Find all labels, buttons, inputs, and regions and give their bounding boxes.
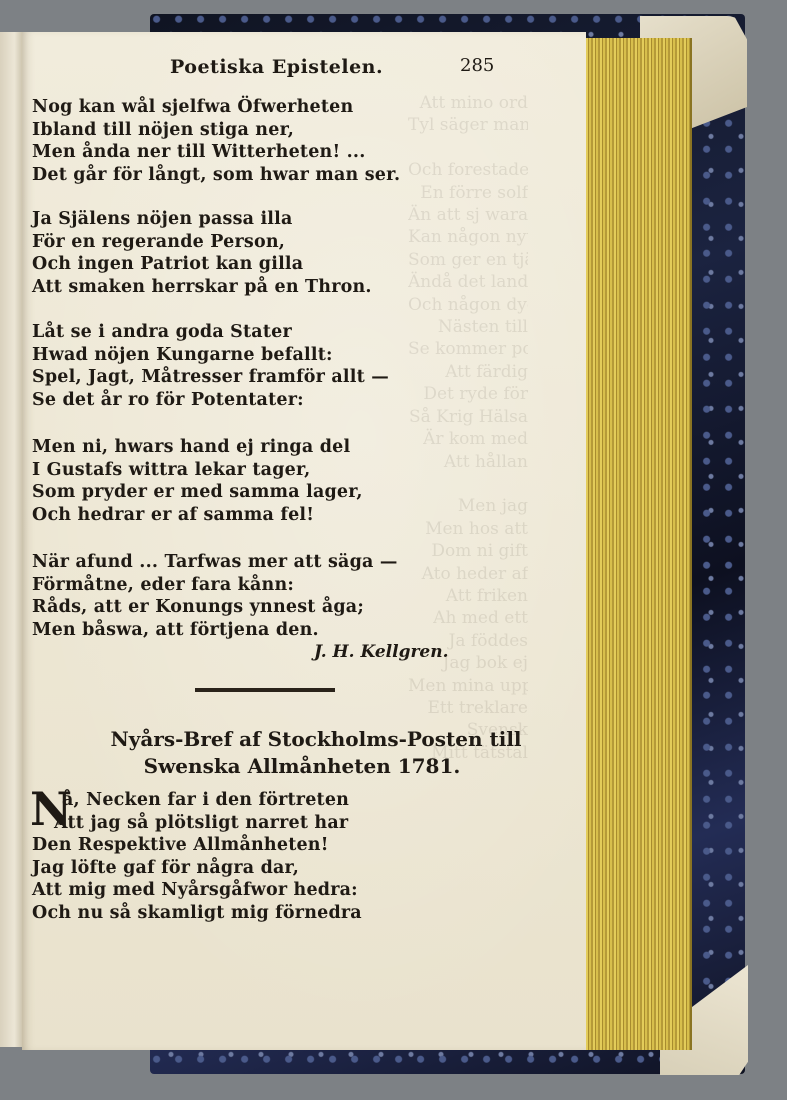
verse-line: I Gustafs wittra lekar tager, xyxy=(32,459,363,482)
verse-line: Men ni, hwars hand ej ringa del xyxy=(32,436,363,459)
verse-line: Att smaken herrskar på en Thron. xyxy=(32,276,372,299)
stanza-1: Nog kan wål sjelfwa Öfwerheten Ibland ti… xyxy=(32,96,400,186)
verse-line: å, Necken far i den förtreten xyxy=(32,789,362,812)
next-piece-title-line-1: Nyårs-Bref af Stockholms-Posten till xyxy=(22,726,596,753)
verse-line: Ja Själens nöjen passa illa xyxy=(32,208,372,231)
verse-line: För en regerande Person, xyxy=(32,231,372,254)
book-photo: Att mino ordTyl säger man,Och forestadeE… xyxy=(0,0,787,1100)
verse-line: Ibland till nöjen stiga ner, xyxy=(32,119,400,142)
stanza-2: Ja Själens nöjen passa illa För en reger… xyxy=(32,208,372,298)
verse-line: När afund ... Tarfwas mer att säga — xyxy=(32,551,398,574)
verse-line: Nog kan wål sjelfwa Öfwerheten xyxy=(32,96,400,119)
verse-line: Men ånda ner till Witterheten! ... xyxy=(32,141,400,164)
verse-line: Det går för långt, som hwar man ser. xyxy=(32,164,400,187)
verse-line: Se det år ro för Potentater: xyxy=(32,389,389,412)
verse-line: Och hedrar er af samma fel! xyxy=(32,504,363,527)
verse-line: Och ingen Patriot kan gilla xyxy=(32,253,372,276)
verse-line: Råds, att er Konungs ynnest åga; xyxy=(32,596,398,619)
verse-line: Jag löfte gaf för några dar, xyxy=(32,857,362,880)
opening-stanza: å, Necken far i den förtreten Att jag så… xyxy=(32,789,362,924)
verse-line: Att mig med Nyårsgåfwor hedra: xyxy=(32,879,362,902)
verse-line: Spel, Jagt, Måtresser framför allt — xyxy=(32,366,389,389)
gilt-page-edges xyxy=(584,38,692,1050)
stanza-4: Men ni, hwars hand ej ringa del I Gustaf… xyxy=(32,436,363,526)
verse-line: Och nu så skamligt mig förnedra xyxy=(32,902,362,925)
verse-line: Men båswa, att förtjena den. xyxy=(32,619,398,642)
book-page: Att mino ordTyl säger man,Och forestadeE… xyxy=(22,32,586,1050)
section-divider xyxy=(195,688,335,692)
running-head: Poetiska Epistelen. xyxy=(170,56,383,78)
verse-line: Hwad nöjen Kungarne befallt: xyxy=(32,344,389,367)
stanza-5: När afund ... Tarfwas mer att säga — För… xyxy=(32,551,398,641)
stanza-3: Låt se i andra goda Stater Hwad nöjen Ku… xyxy=(32,321,389,411)
show-through-text: Att mino ordTyl säger man,Och forestadeE… xyxy=(408,92,528,952)
verse-line: Att jag så plötsligt narret har xyxy=(32,812,362,835)
verse-line: Förmåtne, eder fara kånn: xyxy=(32,574,398,597)
page-number: 285 xyxy=(460,55,494,76)
author-signature: J. H. Kellgren. xyxy=(314,642,449,662)
verse-line: Som pryder er med samma lager, xyxy=(32,481,363,504)
next-piece-title-line-2: Swenska Allmånheten 1781. xyxy=(22,753,582,780)
verse-line: Låt se i andra goda Stater xyxy=(32,321,389,344)
verse-line: Den Respektive Allmånheten! xyxy=(32,834,362,857)
